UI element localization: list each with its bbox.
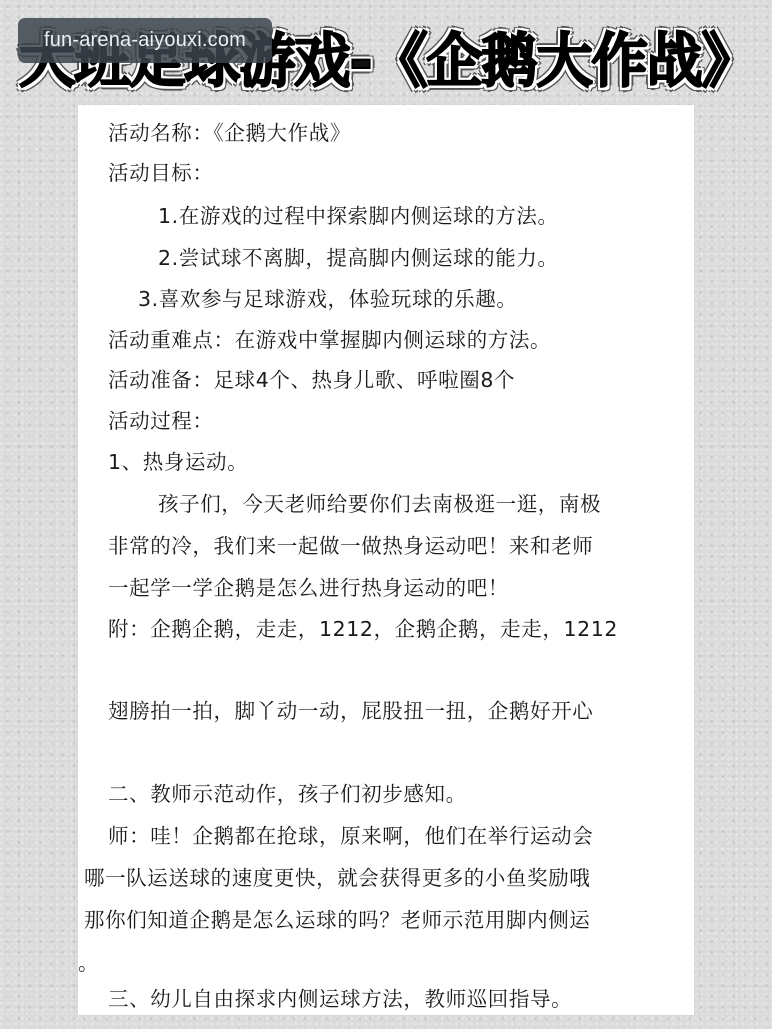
watermark-text: fun-arena-aiyouxi.com xyxy=(44,29,246,52)
step-1-heading: 1、热身运动。 xyxy=(108,452,248,473)
rhyme-line: 附：企鹅企鹅，走走，1212，企鹅企鹅，走走，1212 xyxy=(108,619,618,640)
paragraph-line: 一起学一学企鹅是怎么进行热身运动的吧！ xyxy=(108,578,509,599)
goal-item-3: 3.喜欢参与足球游戏，体验玩球的乐趣。 xyxy=(138,289,517,310)
preparation-line: 活动准备：足球4个、热身儿歌、呼啦圈8个 xyxy=(108,370,515,391)
process-heading: 活动过程： xyxy=(108,411,214,432)
rhyme-line: 翅膀拍一拍，脚丫动一动，屁股扭一扭，企鹅好开心 xyxy=(108,701,593,722)
paragraph-line: 哪一队运送球的速度更快，就会获得更多的小鱼奖励哦 xyxy=(84,868,590,889)
step-3-heading: 三、幼儿自由探求内侧运球方法，教师巡回指导。 xyxy=(108,989,572,1010)
paragraph-line: 非常的冷，我们来一起做一做热身运动吧！来和老师 xyxy=(108,536,593,557)
document-paper: 活动名称：《企鹅大作战》 活动目标： 1.在游戏的过程中探索脚内侧运球的方法。 … xyxy=(78,105,694,1015)
goal-item-2: 2.尝试球不离脚，提高脚内侧运球的能力。 xyxy=(158,248,559,269)
key-points-line: 活动重难点：在游戏中掌握脚内侧运球的方法。 xyxy=(108,330,551,351)
activity-name-line: 活动名称：《企鹅大作战》 xyxy=(108,123,351,144)
activity-goals-heading: 活动目标： xyxy=(108,163,214,184)
step-2-heading: 二、教师示范动作，孩子们初步感知。 xyxy=(108,784,467,805)
paragraph-line: 孩子们，今天老师给要你们去南极逛一逛，南极 xyxy=(158,494,601,515)
paragraph-line: 师：哇！企鹅都在抢球，原来啊，他们在举行运动会 xyxy=(108,826,593,847)
watermark-badge: fun-arena-aiyouxi.com xyxy=(18,18,272,63)
paragraph-line: 。 xyxy=(78,953,99,974)
goal-item-1: 1.在游戏的过程中探索脚内侧运球的方法。 xyxy=(158,206,559,227)
paragraph-line: 那你们知道企鹅是怎么运球的吗？老师示范用脚内侧运 xyxy=(84,910,590,931)
